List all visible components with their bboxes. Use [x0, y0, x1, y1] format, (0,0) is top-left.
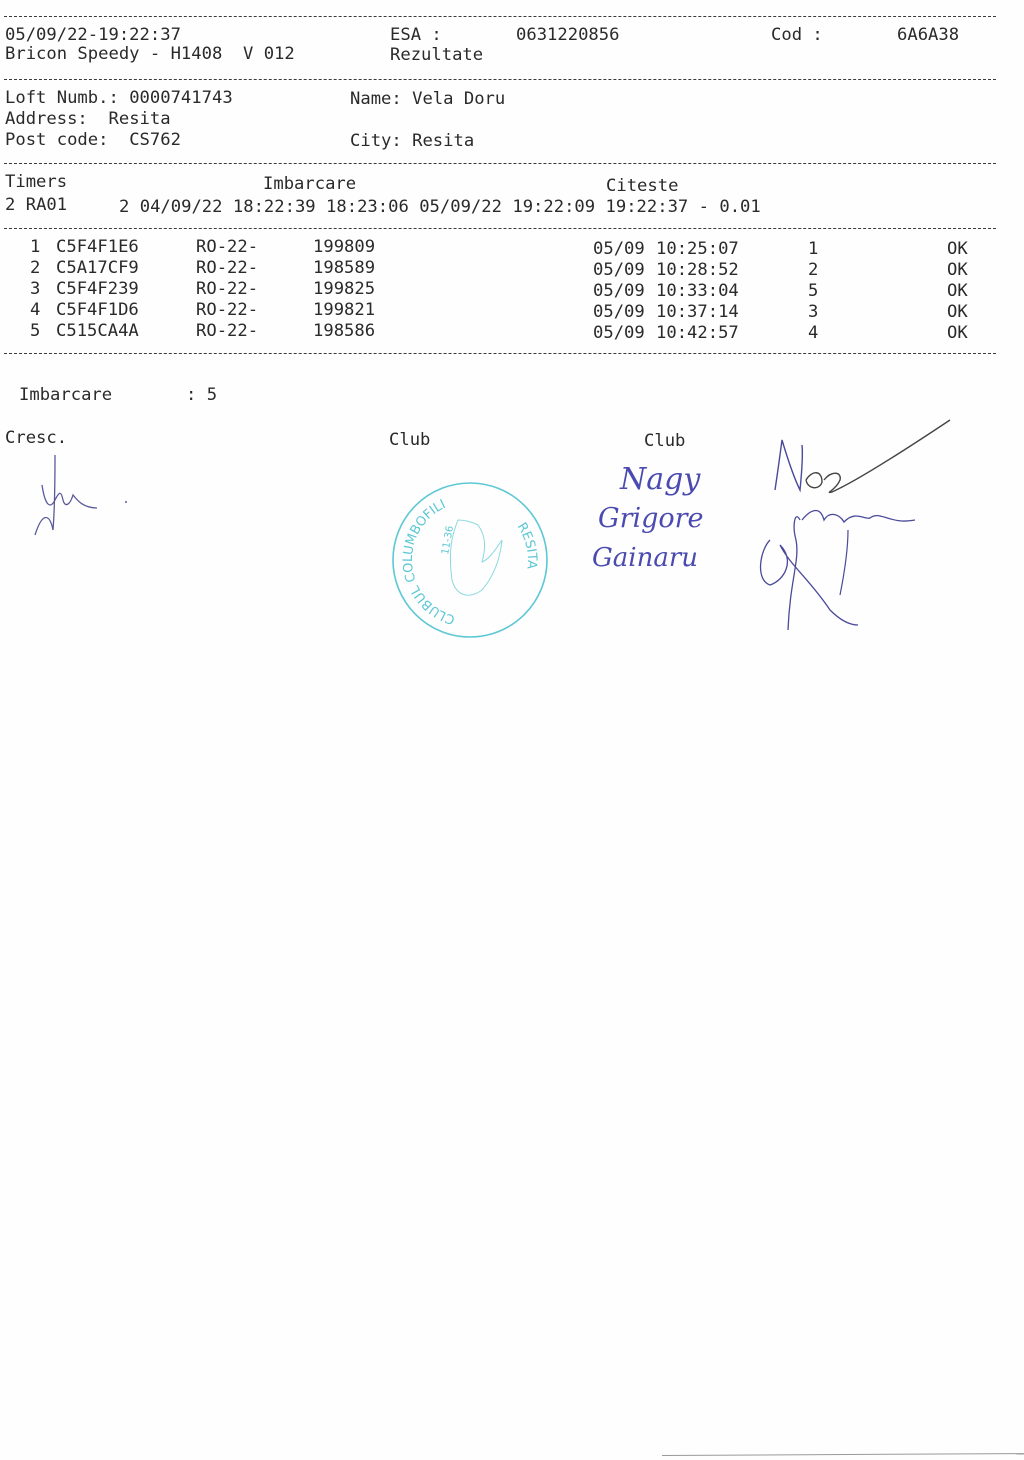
arrival-order: 3: [808, 302, 818, 322]
club-stamp-icon: CLUBUL COLUMBOFILI RESITA 11-36: [390, 480, 550, 640]
chip-id: C5A17CF9: [56, 258, 139, 278]
status-badge: OK: [947, 323, 968, 343]
handwritten-name-1: Nagy: [620, 462, 700, 497]
ring-number: 199821: [313, 300, 375, 320]
header-timestamp: 05/09/22-19:22:37: [5, 25, 181, 45]
arrival-date: 05/09: [593, 281, 645, 301]
city-value: Resita: [412, 131, 474, 151]
fancier-signature-icon: [25, 450, 145, 550]
arrival-date: 05/09: [593, 239, 645, 259]
ring-number: 198586: [313, 321, 375, 341]
report-type: Rezultate: [390, 45, 483, 65]
ring-prefix: RO-22-: [196, 237, 258, 257]
timer-count: 2: [5, 195, 15, 215]
chip-id: C515CA4A: [56, 321, 139, 341]
divider: [4, 163, 996, 164]
loft-number-field: Loft Numb.: 0000741743: [5, 88, 233, 108]
ring-prefix: RO-22-: [196, 321, 258, 341]
basketing-time-2: 18:23:06: [326, 197, 409, 217]
arrival-time: 10:25:07: [656, 239, 739, 259]
basketing-time-1: 18:22:39: [233, 197, 316, 217]
ring-number: 199809: [313, 237, 375, 257]
status-badge: OK: [947, 281, 968, 301]
device-name: Bricon Speedy - H1408 V 012: [5, 44, 295, 64]
arrival-order: 4: [808, 323, 818, 343]
postcode-label: Post code:: [5, 130, 108, 150]
table-row: 1C5F4F1E6RO-22-19980905/0910:25:071OK: [0, 237, 1024, 258]
row-index: 5: [30, 321, 40, 341]
cod-value: 6A6A38: [897, 25, 959, 45]
read-date: 05/09/22: [419, 197, 502, 217]
timer-id: RA01: [26, 195, 67, 215]
postcode-field: Post code: CS762: [5, 130, 181, 150]
divider: [4, 79, 996, 80]
table-row: 3C5F4F239RO-22-19982505/0910:33:045OK: [0, 279, 1024, 300]
address-field: Address: Resita: [5, 109, 171, 129]
handwritten-name-2: Grigore: [598, 503, 704, 534]
citeste-label: Citeste: [606, 176, 678, 196]
arrival-time: 10:37:14: [656, 302, 739, 322]
esa-label: ESA :: [390, 25, 442, 45]
scan-edge-line: [662, 1453, 1024, 1456]
loft-value: 0000741743: [129, 88, 232, 108]
arrival-time: 10:28:52: [656, 260, 739, 280]
arrival-date: 05/09: [593, 323, 645, 343]
ring-prefix: RO-22-: [196, 279, 258, 299]
arrival-time: 10:33:04: [656, 281, 739, 301]
table-row: 4C5F4F1D6RO-22-19982105/0910:37:143OK: [0, 300, 1024, 321]
row-index: 3: [30, 279, 40, 299]
imbarcare-label: Imbarcare: [263, 174, 356, 194]
read-time-2: 19:22:37: [606, 197, 689, 217]
arrival-order: 5: [808, 281, 818, 301]
name-value: Vela Doru: [412, 89, 505, 109]
chip-id: C5F4F1E6: [56, 237, 139, 257]
ring-number: 198589: [313, 258, 375, 278]
name-field: Name: Vela Doru: [350, 89, 505, 109]
row-index: 2: [30, 258, 40, 278]
chip-id: C5F4F239: [56, 279, 139, 299]
table-row: 5C515CA4ARO-22-19858605/0910:42:574OK: [0, 321, 1024, 342]
clock-deviation: - 0.01: [699, 197, 761, 217]
address-value: Resita: [109, 109, 171, 129]
cresc-label: Cresc.: [5, 428, 67, 448]
arrival-order: 2: [808, 260, 818, 280]
city-label: City:: [350, 131, 402, 151]
name-label: Name:: [350, 89, 402, 109]
divider: [4, 16, 996, 17]
club-signatures-icon: [740, 410, 960, 640]
ring-prefix: RO-22-: [196, 300, 258, 320]
ring-number: 199825: [313, 279, 375, 299]
loft-label: Loft Numb.:: [5, 88, 119, 108]
stamp-center-code: 11-36: [440, 525, 456, 556]
arrival-date: 05/09: [593, 260, 645, 280]
club-label-1: Club: [389, 430, 430, 450]
stamp-text-right: RESITA: [514, 520, 539, 570]
cod-label: Cod :: [771, 25, 823, 45]
handwritten-name-3: Gainaru: [592, 543, 698, 573]
imbarcare-summary-value: : 5: [186, 385, 217, 405]
imbarcare-summary-label: Imbarcare: [19, 385, 112, 405]
arrival-order: 1: [808, 239, 818, 259]
basketing-count: 2: [119, 197, 129, 217]
row-index: 4: [30, 300, 40, 320]
city-field: City: Resita: [350, 131, 474, 151]
timers-label: Timers: [5, 172, 67, 192]
basketing-info: 2 04/09/22 18:22:39 18:23:06 05/09/22 19…: [119, 197, 761, 217]
row-index: 1: [30, 237, 40, 257]
postcode-value: CS762: [129, 130, 181, 150]
esa-value: 0631220856: [516, 25, 619, 45]
club-label-2: Club: [644, 431, 685, 451]
ring-prefix: RO-22-: [196, 258, 258, 278]
timer-row: 2 RA01: [5, 195, 67, 215]
read-time-1: 19:22:09: [512, 197, 595, 217]
results-document: 05/09/22-19:22:37 ESA : 0631220856 Cod :…: [0, 0, 1024, 1460]
status-badge: OK: [947, 260, 968, 280]
status-badge: OK: [947, 239, 968, 259]
table-row: 2C5A17CF9RO-22-19858905/0910:28:522OK: [0, 258, 1024, 279]
chip-id: C5F4F1D6: [56, 300, 139, 320]
divider: [4, 228, 996, 229]
divider: [4, 353, 996, 354]
basketing-date: 04/09/22: [140, 197, 223, 217]
status-badge: OK: [947, 302, 968, 322]
arrival-time: 10:42:57: [656, 323, 739, 343]
address-label: Address:: [5, 109, 88, 129]
arrival-date: 05/09: [593, 302, 645, 322]
